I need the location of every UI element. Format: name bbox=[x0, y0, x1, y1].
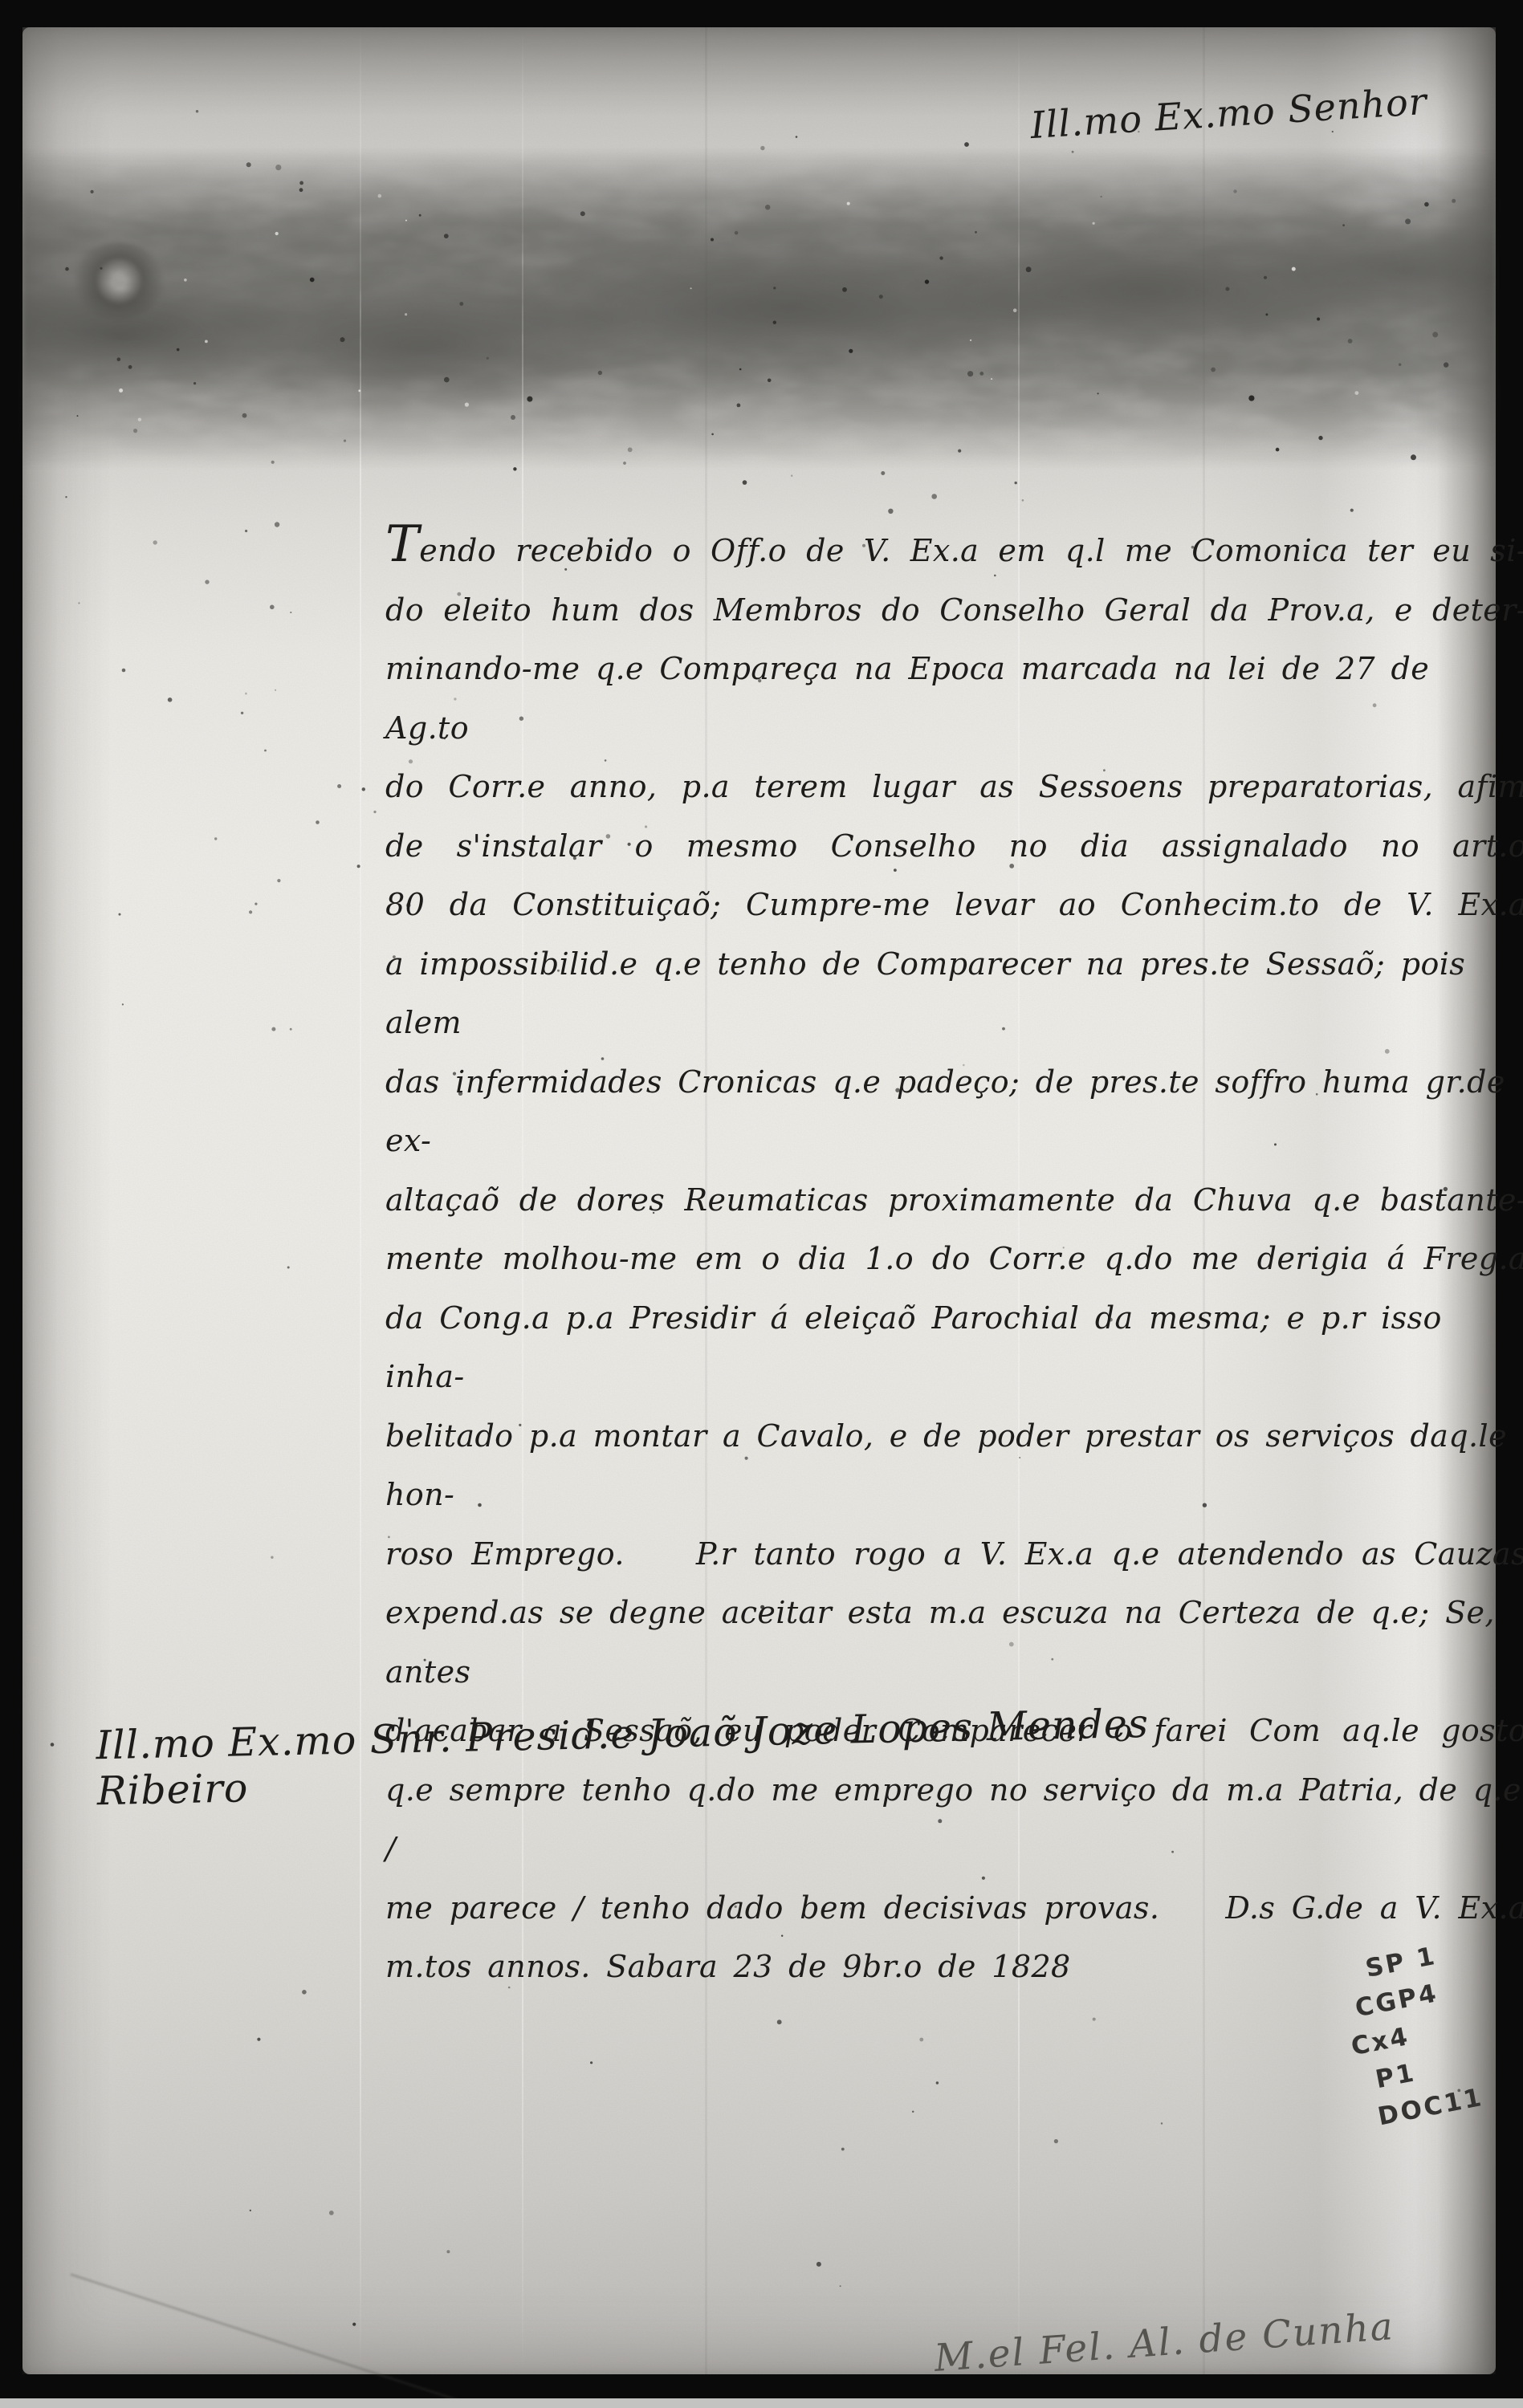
manuscript-line: minando-me q.e Compareça na Epoca marcad… bbox=[385, 640, 1523, 758]
manuscript-line: 80 da Constituiçaõ; Cumpre-me levar ao C… bbox=[385, 876, 1523, 935]
scanner-edge-strip bbox=[0, 2398, 1523, 2408]
signature: M.el Fel. Al. de Cunha bbox=[933, 2300, 1464, 2381]
manuscript-line: de s'instalar o mesmo Conselho no dia as… bbox=[385, 817, 1523, 877]
ink-blot-stain bbox=[69, 242, 165, 319]
manuscript-line: do eleito hum dos Membros do Conselho Ge… bbox=[385, 581, 1523, 641]
manuscript-line: roso Emprego. P.r tanto rogo a V. Ex.a q… bbox=[385, 1525, 1523, 1584]
paper-sheet: Ill.mo Ex.mo Senhor Tendo recebido o Off… bbox=[22, 27, 1496, 2374]
manuscript-line: do Corr.e anno, p.a terem lugar as Sesso… bbox=[385, 758, 1523, 817]
manuscript-line: da Cong.a p.a Presidir á eleiçaõ Parochi… bbox=[385, 1289, 1523, 1407]
manuscript-line: belitado p.a montar a Cavalo, e de poder… bbox=[385, 1407, 1523, 1525]
fold-line bbox=[360, 27, 361, 2374]
manuscript-line: mente molhou-me em o dia 1.o do Corr.e q… bbox=[385, 1230, 1523, 1289]
scanned-document: Ill.mo Ex.mo Senhor Tendo recebido o Off… bbox=[0, 0, 1523, 2408]
manuscript-line: Tendo recebido o Off.o de V. Ex.a em q.l… bbox=[385, 522, 1523, 581]
stain-band bbox=[22, 148, 1496, 469]
manuscript-line: me parece / tenho dado bem decisivas pro… bbox=[385, 1879, 1523, 1938]
manuscript-line: das infermidades Cronicas q.e padeço; de… bbox=[385, 1053, 1523, 1171]
crease-mark bbox=[71, 2273, 499, 2408]
manuscript-line: expend.as se degne aceitar esta m.a escu… bbox=[385, 1584, 1523, 1702]
manuscript-line: altaçaõ de dores Reumaticas proximamente… bbox=[385, 1171, 1523, 1230]
manuscript-line: a impossibilid.e q.e tenho de Comparecer… bbox=[385, 935, 1523, 1053]
